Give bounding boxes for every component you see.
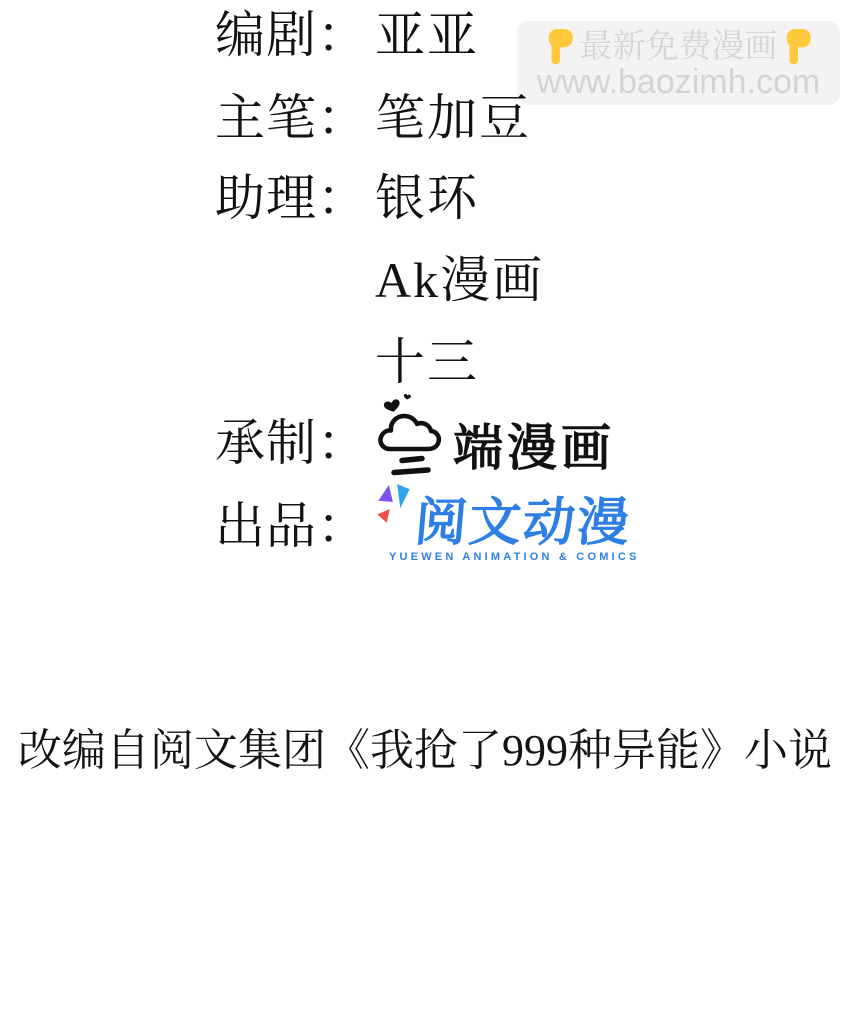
credit-row-screenwriter: 编剧： 亚亚 — [215, 7, 479, 63]
spark-purple-shard — [378, 485, 393, 502]
credit-row-assistant-2: Ak漫画 — [215, 252, 544, 308]
yuewen-brand-logo: 阅文动漫 YUEWEN ANIMATION & COMICS — [375, 483, 640, 564]
credit-name: Ak漫画 — [375, 252, 544, 308]
spark-red-shard — [377, 509, 390, 523]
credit-name: 笔加豆 — [375, 90, 531, 146]
credit-row-producer: 承制： 端漫画 — [215, 393, 615, 477]
credit-name: 亚亚 — [375, 7, 479, 63]
credit-role-label: 编剧： — [215, 7, 375, 63]
credit-role-label: 主笔： — [215, 90, 375, 146]
cloud-stroke-top — [402, 459, 422, 461]
comic-credits-page: 最新免费漫画 www.baozimh.com 编剧： 亚亚 主笔： 笔加豆 助理… — [0, 0, 850, 1034]
yuewen-brand-top: 阅文动漫 — [375, 483, 640, 550]
credit-name: 银环 — [375, 170, 479, 226]
credit-row-assistant-3: 十三 — [215, 334, 479, 390]
credit-row-assistant: 助理： 银环 — [215, 170, 479, 226]
cloud-studio-text: 端漫画 — [453, 421, 615, 477]
cloud-stroke-bottom — [394, 470, 428, 473]
cloud-studio-logo: 端漫画 — [375, 393, 615, 477]
spark-blue-shard — [397, 484, 410, 508]
yuewen-brand-subtitle: YUEWEN ANIMATION & COMICS — [389, 551, 640, 564]
hand-pointing-down-icon — [781, 26, 815, 66]
credit-role-label: 承制： — [215, 415, 375, 471]
watermark-headline: 最新免费漫画 — [543, 26, 815, 66]
watermark-box: 最新免费漫画 www.baozimh.com — [517, 21, 840, 105]
heart-icon — [403, 394, 411, 401]
credit-role-label: 出品： — [215, 498, 375, 554]
credit-role-label: 助理： — [215, 170, 375, 226]
yuewen-brand-title: 阅文动漫 — [413, 496, 634, 550]
spark-icon — [375, 483, 413, 529]
cloud-icon — [375, 393, 447, 477]
credit-name: 十三 — [375, 334, 479, 390]
credit-row-publisher: 出品： 阅文动漫 YUEWEN ANIMATION & COMICS — [215, 483, 640, 564]
hand-pointing-down-icon — [543, 26, 577, 66]
adaptation-note: 改编自阅文集团《我抢了999种异能》小说 — [0, 724, 850, 778]
watermark-url: www.baozimh.com — [537, 64, 820, 100]
credit-row-lead-artist: 主笔： 笔加豆 — [215, 90, 531, 146]
cloud-outline — [380, 416, 438, 449]
watermark-headline-text: 最新免费漫画 — [580, 28, 778, 64]
heart-icon — [383, 399, 401, 414]
